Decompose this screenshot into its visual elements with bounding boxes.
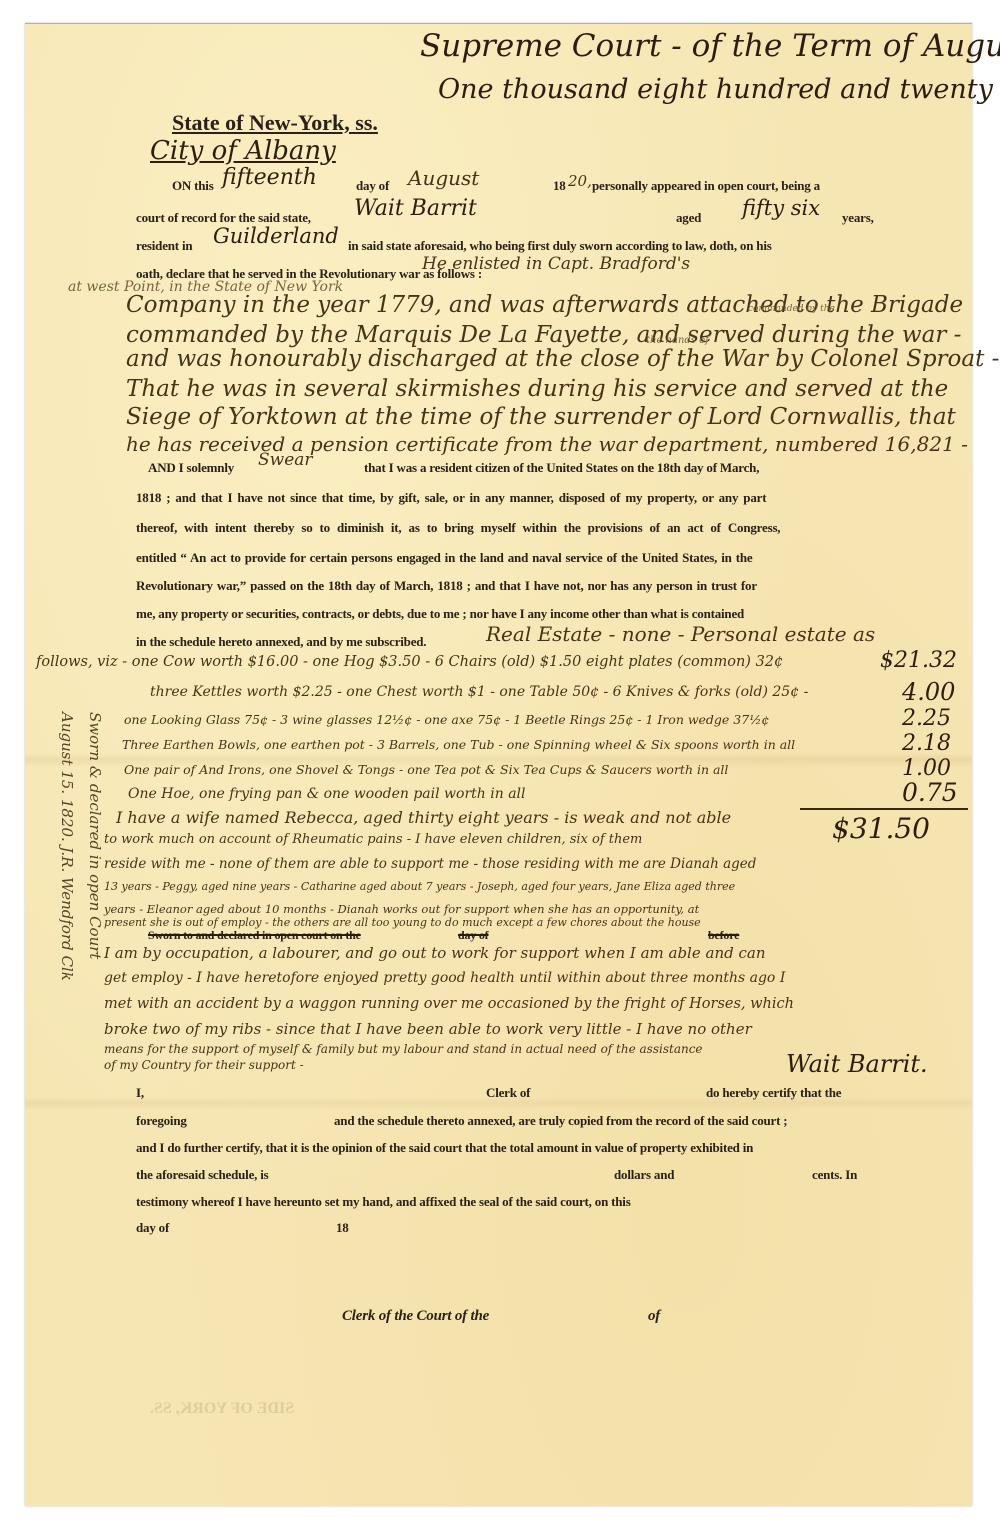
sworn-text: in said state aforesaid, who being first… — [348, 238, 772, 254]
day-value: fifteenth — [222, 165, 317, 190]
family-line-7: I am by occupation, a labourer, and go o… — [104, 944, 765, 962]
schedule-amount-5: 0.75 — [902, 778, 958, 807]
schedule-row-5: One Hoe, one frying pan & one wooden pai… — [128, 786, 526, 802]
cert-cents-label: cents. In — [812, 1167, 857, 1183]
schedule-row-0: follows, viz - one Cow worth $16.00 - on… — [36, 654, 783, 670]
service-line-4: That he was in several skirmishes during… — [126, 376, 948, 402]
appeared-text: personally appeared in open court, being… — [592, 178, 820, 194]
aged-label: aged — [676, 210, 701, 226]
years-label: years, — [842, 210, 874, 226]
oath-line-6: me, any property or securities, contract… — [136, 606, 744, 622]
county-heading: City of Albany — [150, 136, 336, 166]
service-line-0: He enlisted in Capt. Bradford's — [422, 254, 690, 274]
family-line-11: means for the support of myself & family… — [104, 1042, 703, 1056]
claimant-signature: Wait Barrit. — [786, 1050, 928, 1078]
claimant-name: Wait Barrit — [354, 196, 477, 221]
struck-jurat-part-2: day of — [458, 928, 488, 943]
service-line-3: and was honourably discharged at the clo… — [126, 346, 999, 372]
cert-certify: do hereby certify that the — [706, 1085, 841, 1101]
family-line-12: of my Country for their support - — [104, 1058, 304, 1072]
schedule-amount-2: 2.25 — [902, 706, 951, 731]
oath-line-7-handwritten: Real Estate - none - Personal estate as — [486, 622, 875, 646]
oath-line-7: in the schedule hereto annexed, and by m… — [136, 634, 426, 650]
cert-line-3: and I do further certify, that it is the… — [136, 1140, 753, 1156]
service-line-2: commanded by the Marquis De La Fayette, … — [126, 322, 961, 348]
family-line-2: to work much on account of Rheumatic pai… — [104, 832, 642, 847]
oath-line-4: entitled “ An act to provide for certain… — [136, 550, 752, 566]
service-line-6: he has received a pension certificate fr… — [126, 432, 968, 456]
cert-dollars-label: dollars and — [614, 1167, 674, 1183]
cert-day-of: day of — [136, 1220, 169, 1236]
oath-line-5: Revolutionary war,” passed on the 18th d… — [136, 578, 757, 594]
on-this-label: ON this — [172, 178, 214, 194]
struck-jurat-part-3: before — [708, 928, 739, 943]
residence-value: Guilderland — [213, 224, 339, 248]
schedule-total-rule — [800, 808, 968, 810]
resident-in-label: resident in — [136, 238, 192, 254]
service-insert-above: commanded by the — [748, 304, 835, 314]
header-line-2: One thousand eight hundred and twenty - — [438, 74, 1000, 105]
service-line-1: Company in the year 1779, and was afterw… — [126, 292, 963, 318]
schedule-row-1: three Kettles worth $2.25 - one Chest wo… — [150, 684, 808, 700]
schedule-amount-3: 2.18 — [902, 731, 951, 756]
family-line-8: get employ - I have heretofore enjoyed p… — [104, 970, 785, 986]
header-line-1: Supreme Court - of the Term of August, — [420, 28, 1000, 64]
oath-line-3: thereof, with intent thereby so to dimin… — [136, 520, 780, 536]
family-line-3: reside with me - none of them are able t… — [104, 856, 756, 872]
family-line-5: years - Eleanor aged about 10 months - D… — [104, 902, 699, 916]
cert-clerk-of: Clerk of — [486, 1085, 530, 1101]
oath-line-1: that I was a resident citizen of the Uni… — [364, 460, 759, 476]
cert-year-prefix: 18 — [336, 1220, 349, 1236]
service-line-5: Siege of Yorktown at the time of the sur… — [126, 404, 956, 430]
bleed-through-text: SIDE OF YORK, SS. — [150, 1400, 294, 1418]
year-prefix: 18 — [553, 178, 566, 194]
service-insert-hands: the hands of — [646, 335, 709, 346]
clerk-caption: Clerk of the Court of the — [342, 1308, 489, 1325]
month-value: August — [408, 166, 479, 190]
day-of-label: day of — [356, 178, 389, 194]
cert-schedule-label: the aforesaid schedule, is — [136, 1167, 269, 1183]
clerk-caption-of: of — [648, 1308, 660, 1325]
family-line-10: broke two of my ribs - since that I have… — [104, 1020, 752, 1038]
state-heading: State of New-York, ss. — [172, 110, 378, 136]
cert-i: I, — [136, 1085, 144, 1101]
margin-note-line-2: August 15. 1820. J.R. Wendford Clk — [58, 712, 76, 981]
struck-jurat-part-1: Sworn to and declared in open court on t… — [148, 928, 361, 943]
cert-line-5: testimony whereof I have hereunto set my… — [136, 1194, 631, 1210]
cert-foregoing: foregoing — [136, 1113, 187, 1129]
family-line-1: I have a wife named Rebecca, aged thirty… — [116, 808, 731, 827]
year-value: 20, — [568, 172, 592, 190]
schedule-total: $31.50 — [832, 812, 930, 845]
cert-line-2: and the schedule thereto annexed, are tr… — [334, 1113, 787, 1129]
schedule-amount-1: 4.00 — [902, 678, 955, 706]
schedule-row-4: One pair of And Irons, one Shovel & Tong… — [124, 762, 728, 777]
family-line-4: 13 years - Peggy, aged nine years - Cath… — [104, 880, 735, 893]
schedule-row-2: one Looking Glass 75¢ - 3 wine glasses 1… — [124, 712, 769, 727]
oath-solemnly: AND I solemnly — [148, 460, 234, 476]
family-line-9: met with an accident by a waggon running… — [104, 996, 794, 1012]
margin-note-line-1: Sworn & declared in open Court — [86, 712, 104, 959]
age-value: fifty six — [742, 196, 820, 220]
swear-value: Swear — [258, 450, 313, 470]
schedule-row-3: Three Earthen Bowls, one earthen pot - 3… — [122, 737, 795, 752]
oath-line-2: 1818 ; and that I have not since that ti… — [136, 490, 766, 506]
schedule-amount-0: $21.32 — [880, 648, 957, 673]
